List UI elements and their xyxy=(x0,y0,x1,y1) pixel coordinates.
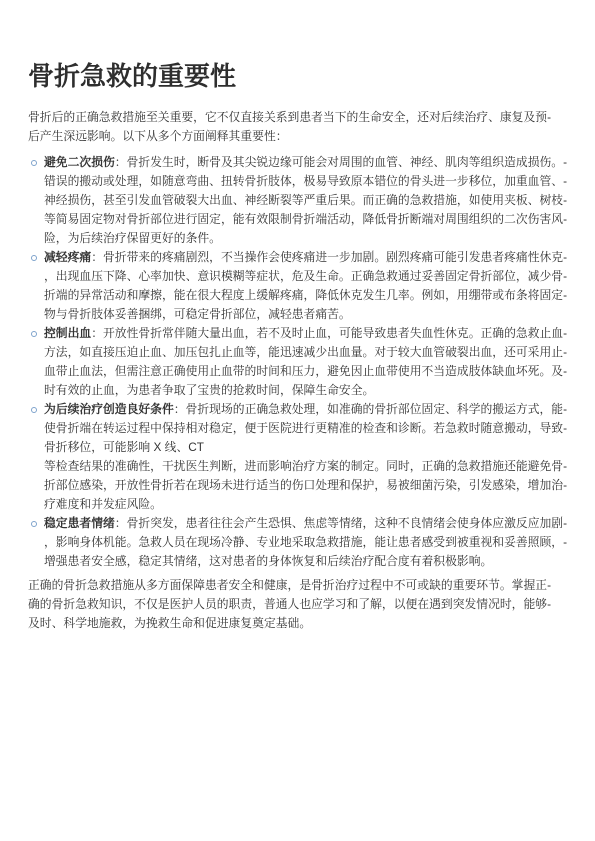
list-item-better-followup-treatment: 为后续治疗创造良好条件：骨折现场的正确急救处理，如准确的骨折部位固定、科学的搬运… xyxy=(44,400,587,514)
list-item-control-bleeding: 控制出血：开放性骨折常伴随大量出血，若不及时止血，可能导致患者失血性休克。正确的… xyxy=(44,324,587,400)
bullet-icon xyxy=(31,331,37,337)
list-item-term: 避免二次损伤 xyxy=(44,155,115,169)
bullet-icon xyxy=(31,521,37,527)
page-title: 骨折急救的重要性 xyxy=(28,59,587,93)
list-item-text: ：骨折现场的正确急救处理，如准确的骨折部位固定、科学的搬运方式，能- 使骨折端在… xyxy=(44,402,567,511)
list-item-text: ：骨折突发，患者往往会产生恐惧、焦虑等情绪，这种不良情绪会使身体应激反应加剧- … xyxy=(44,516,567,568)
bullet-icon xyxy=(31,160,37,166)
conclusion-paragraph: 正确的骨折急救措施从多方面保障患者安全和健康，是骨折治疗过程中不可或缺的重要环节… xyxy=(28,576,587,633)
bullet-icon xyxy=(31,255,37,261)
list-item-text: ：骨折带来的疼痛剧烈，不当操作会使疼痛进一步加剧。剧烈疼痛可能引发患者疼痛性休克… xyxy=(44,250,567,321)
list-item-stabilize-emotions: 稳定患者情绪：骨折突发，患者往往会产生恐惧、焦虑等情绪，这种不良情绪会使身体应激… xyxy=(44,514,587,571)
intro-paragraph: 骨折后的正确急救措施至关重要，它不仅直接关系到患者当下的生命安全，还对后续治疗、… xyxy=(28,108,587,146)
list-item-text: ：开放性骨折常伴随大量出血，若不及时止血，可能导致患者失血性休克。正确的急救止血… xyxy=(44,326,567,397)
document-page: 骨折急救的重要性 骨折后的正确急救措施至关重要，它不仅直接关系到患者当下的生命安… xyxy=(0,0,595,841)
list-item-reduce-pain: 减轻疼痛：骨折带来的疼痛剧烈，不当操作会使疼痛进一步加剧。剧烈疼痛可能引发患者疼… xyxy=(44,248,587,324)
list-item-term: 为后续治疗创造良好条件 xyxy=(44,402,174,416)
list-item-term: 稳定患者情绪 xyxy=(44,516,115,530)
list-item-term: 控制出血 xyxy=(44,326,91,340)
list-item-avoid-secondary-injury: 避免二次损伤：骨折发生时，断骨及其尖锐边缘可能会对周围的血管、神经、肌肉等组织造… xyxy=(44,153,587,248)
importance-list: 避免二次损伤：骨折发生时，断骨及其尖锐边缘可能会对周围的血管、神经、肌肉等组织造… xyxy=(28,153,587,571)
list-item-term: 减轻疼痛 xyxy=(44,250,91,264)
bullet-icon xyxy=(31,407,37,413)
list-item-text: ：骨折发生时，断骨及其尖锐边缘可能会对周围的血管、神经、肌肉等组织造成损伤。- … xyxy=(44,155,567,245)
